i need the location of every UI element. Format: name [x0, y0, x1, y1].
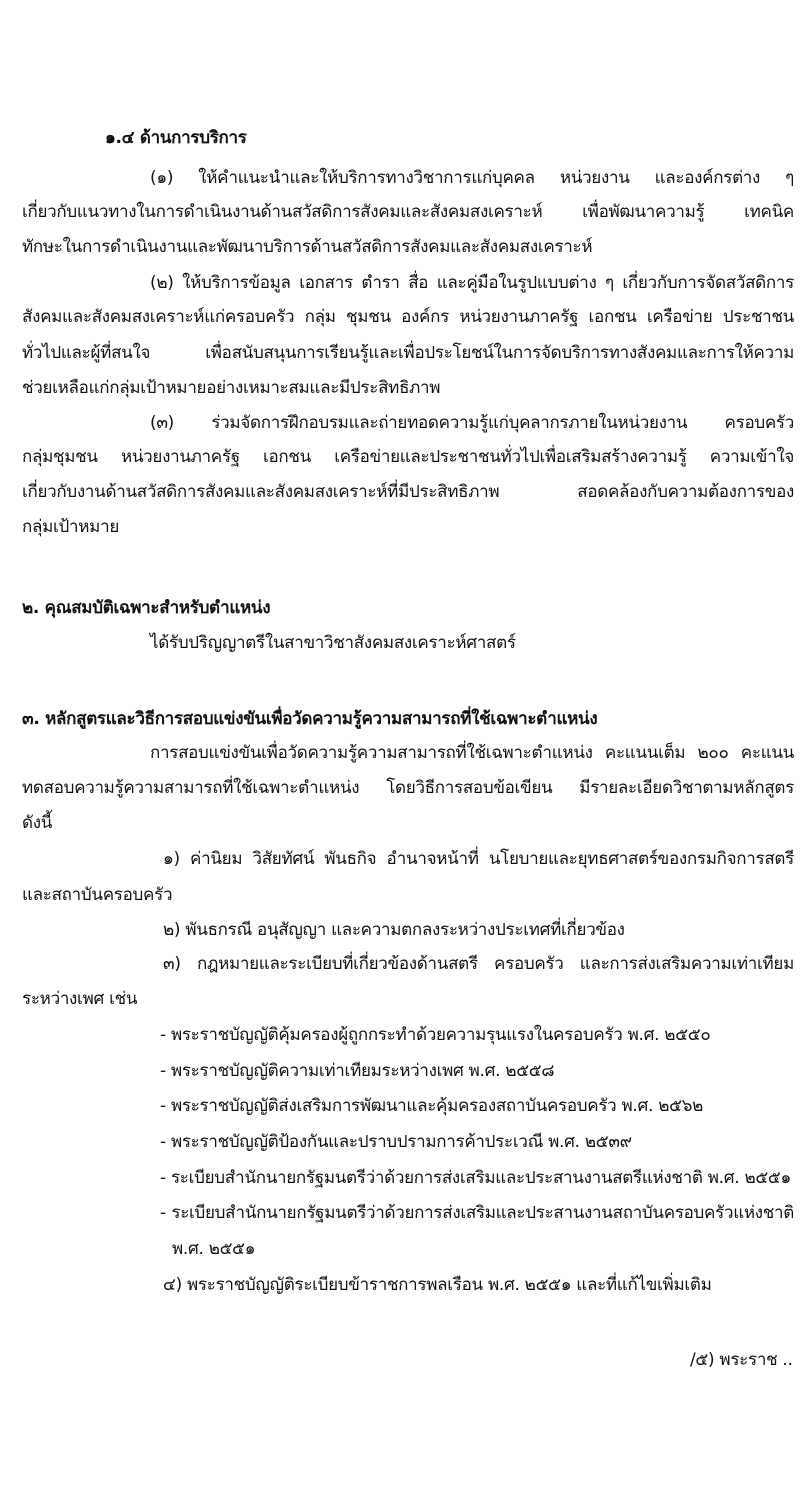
document-page: ๑.๔ ด้านการบริการ (๑) ให้คำแนะนำและให้บร…: [0, 0, 800, 1511]
item-3-line-1: (๓) ร่วมจัดการฝึกอบรมและถ่ายทอดความรู้แก…: [150, 412, 794, 434]
item-3-line-4: กลุ่มเป้าหมาย: [22, 516, 119, 538]
topic-1-line-2: และสถาบันครอบครัว: [22, 884, 172, 906]
section-3-intro-line-3: ดังนี้: [22, 812, 52, 834]
topic-2: ๒) พันธกรณี อนุสัญญา และความตกลงระหว่างป…: [163, 919, 625, 941]
topic-1-line-1: ๑) ค่านิยม วิสัยทัศน์ พันธกิจ อำนาจหน้าท…: [163, 848, 794, 870]
item-1-line-1: (๑) ให้คำแนะนำและให้บริการทางวิชาการแก่บ…: [150, 167, 794, 189]
law-item-6: - ระเบียบสำนักนายกรัฐมนตรีว่าด้วยการส่งเ…: [160, 1202, 794, 1224]
topic-4: ๔) พระราชบัญญัติระเบียบข้าราชการพลเรือน …: [163, 1274, 712, 1296]
page-continuation: /๕) พระราช ..: [690, 1349, 793, 1371]
section-3-intro-line-2: ทดสอบความรู้ความสามารถที่ใช้เฉพาะตำแหน่ง…: [22, 777, 794, 799]
topic-3-line-2: ระหว่างเพศ เช่น: [22, 988, 137, 1010]
law-item-2: - พระราชบัญญัติความเท่าเทียมระหว่างเพศ พ…: [160, 1060, 554, 1082]
law-item-3: - พระราชบัญญัติส่งเสริมการพัฒนาและคุ้มคร…: [160, 1095, 703, 1117]
section-3-heading: ๓. หลักสูตรและวิธีการสอบแข่งขันเพื่อวัดค…: [22, 708, 597, 730]
item-2-line-3: ทั่วไปและผู้ที่สนใจ เพื่อสนับสนุนการเรีย…: [22, 342, 794, 364]
topic-3-line-1: ๓) กฎหมายและระเบียบที่เกี่ยวข้องด้านสตรี…: [163, 953, 794, 975]
section-2-body: ได้รับปริญญาตรีในสาขาวิชาสังคมสงเคราะห์ศ…: [150, 632, 516, 654]
law-item-6-cont: พ.ศ. ๒๕๕๑: [172, 1238, 255, 1260]
section-1-4-heading: ๑.๔ ด้านการบริการ: [105, 127, 247, 149]
item-2-line-4: ช่วยเหลือแก่กลุ่มเป้าหมายอย่างเหมาะสมและ…: [22, 377, 440, 399]
section-3-intro-line-1: การสอบแข่งขันเพื่อวัดความรู้ความสามารถที…: [150, 742, 794, 764]
item-1-line-3: ทักษะในการดำเนินงานและพัฒนาบริการด้านสวั…: [22, 236, 592, 258]
item-1-line-2: เกี่ยวกับแนวทางในการดำเนินงานด้านสวัสดิก…: [22, 201, 794, 223]
law-item-4: - พระราชบัญญัติป้องกันและปราบปรามการค้าป…: [160, 1131, 632, 1153]
item-2-line-1: (๒) ให้บริการข้อมูล เอกสาร ตำรา สื่อ และ…: [150, 272, 794, 294]
law-item-5: - ระเบียบสำนักนายกรัฐมนตรีว่าด้วยการส่งเ…: [160, 1167, 791, 1189]
law-item-1: - พระราชบัญญัติคุ้มครองผู้ถูกกระทำด้วยคว…: [160, 1024, 710, 1046]
section-2-heading: ๒. คุณสมบัติเฉพาะสำหรับตำแหน่ง: [22, 597, 270, 619]
item-3-line-3: เกี่ยวกับงานด้านสวัสดิการสังคมและสังคมสง…: [22, 481, 794, 503]
item-2-line-2: สังคมและสังคมสงเคราะห์แก่ครอบครัว กลุ่ม …: [22, 306, 794, 328]
item-3-line-2: กลุ่มชุมชน หน่วยงานภาครัฐ เอกชน เครือข่า…: [22, 446, 794, 468]
